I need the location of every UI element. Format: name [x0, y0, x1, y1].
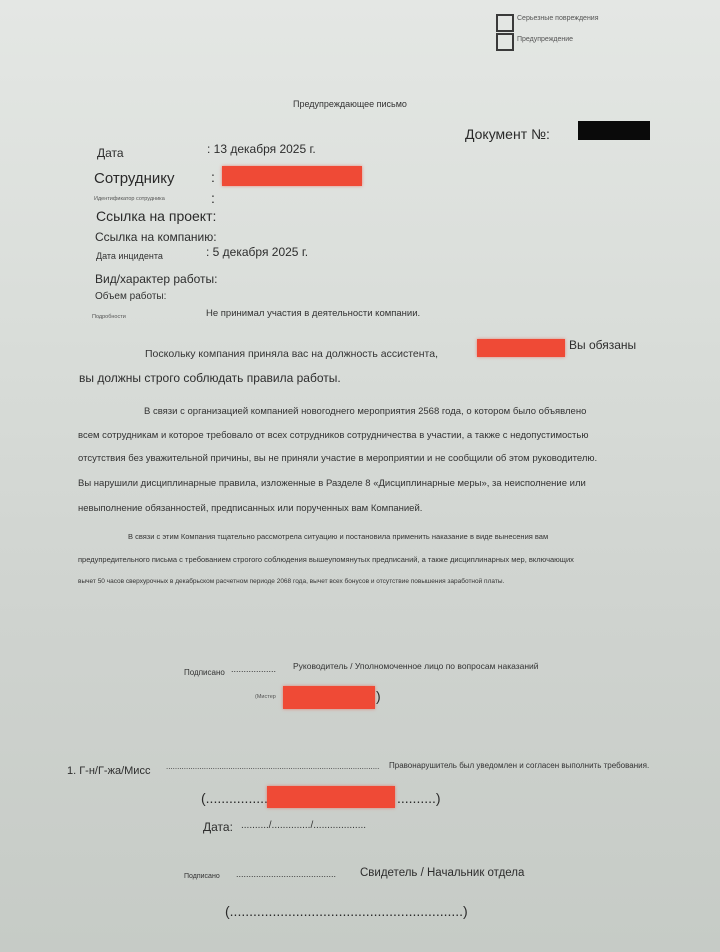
checkbox-serious-damage-label: Серьезные повреждения	[517, 15, 599, 22]
incident-date-label: Дата инцидента	[96, 251, 163, 261]
witness-role: Свидетель / Начальник отдела	[360, 867, 524, 879]
paragraph-3-line-1: В связи с этим Компания тщательно рассмо…	[128, 532, 548, 541]
intro-position-redaction	[477, 339, 565, 357]
employee-id-label: Идентификатор сотрудника	[94, 196, 165, 202]
paragraph-2-line-1: Вы нарушили дисциплинарные правила, изло…	[78, 478, 586, 489]
paragraph-1-line-3: отсутствия без уважительной причины, вы …	[78, 453, 597, 464]
employee-id-colon: :	[211, 190, 215, 206]
manager-name-prefix: (Мистер	[255, 694, 276, 700]
intro-obliged: Вы обязаны	[569, 338, 636, 352]
intro-line1: Поскольку компания приняла вас на должно…	[145, 348, 438, 360]
work-type-label: Вид/характер работы:	[95, 272, 217, 286]
employee-name-redaction	[222, 166, 362, 186]
manager-signed-label: Подписано	[184, 668, 225, 677]
paragraph-1-line-2: всем сотрудникам и которое требовало от …	[78, 430, 589, 441]
paragraph-3-line-3: вычет 50 часов сверхурочных в декабрьско…	[78, 578, 504, 585]
offender-signature-line[interactable]: ........................................…	[166, 762, 379, 771]
witness-name-line[interactable]: (.......................................…	[225, 903, 468, 919]
manager-name-close: )	[376, 688, 381, 704]
checkbox-warning[interactable]	[496, 33, 514, 51]
paragraph-2-line-2: невыполнение обязанностей, предписанных …	[78, 503, 422, 514]
company-ref-label: Ссылка на компанию:	[95, 230, 217, 244]
work-volume-label: Объем работы:	[95, 291, 166, 302]
document-title: Предупреждающее письмо	[293, 99, 407, 109]
witness-signature-line[interactable]: ........................................	[236, 869, 336, 879]
date-label: Дата	[97, 146, 124, 160]
paragraph-1-line-1: В связи с организацией компанией новогод…	[144, 406, 586, 417]
manager-role: Руководитель / Уполномоченное лицо по во…	[293, 661, 539, 671]
date-value: : 13 декабря 2025 г.	[207, 142, 316, 156]
employee-colon: :	[211, 169, 215, 185]
offender-date-field[interactable]: ........../............../..............…	[241, 820, 366, 831]
offender-statement: Правонарушитель был уведомлен и согласен…	[389, 761, 649, 770]
document-number-label: Документ №:	[465, 126, 550, 142]
project-ref-label: Ссылка на проект:	[96, 208, 216, 224]
offender-label: 1. Г-н/Г-жа/Мисс	[67, 765, 150, 777]
offender-name-redaction	[267, 786, 395, 808]
witness-signed-label: Подписано	[184, 873, 220, 880]
document-number-redaction	[578, 121, 650, 140]
employee-label: Сотруднику	[94, 170, 175, 187]
details-value: Не принимал участия в деятельности компа…	[206, 308, 420, 319]
offender-name-open: (................	[201, 790, 268, 806]
manager-signature-line[interactable]: ..................	[231, 664, 276, 674]
incident-date-value: : 5 декабря 2025 г.	[206, 245, 308, 259]
paragraph-3-line-2: предупредительного письма с требованием …	[78, 555, 574, 564]
offender-date-label: Дата:	[203, 820, 233, 834]
checkbox-serious-damage[interactable]	[496, 14, 514, 32]
details-label: Подробности	[92, 314, 126, 320]
manager-name-redaction	[283, 686, 375, 709]
offender-name-close: ..........)	[397, 790, 441, 806]
intro-line2: вы должны строго соблюдать правила работ…	[79, 371, 341, 385]
checkbox-warning-label: Предупреждение	[517, 36, 573, 43]
